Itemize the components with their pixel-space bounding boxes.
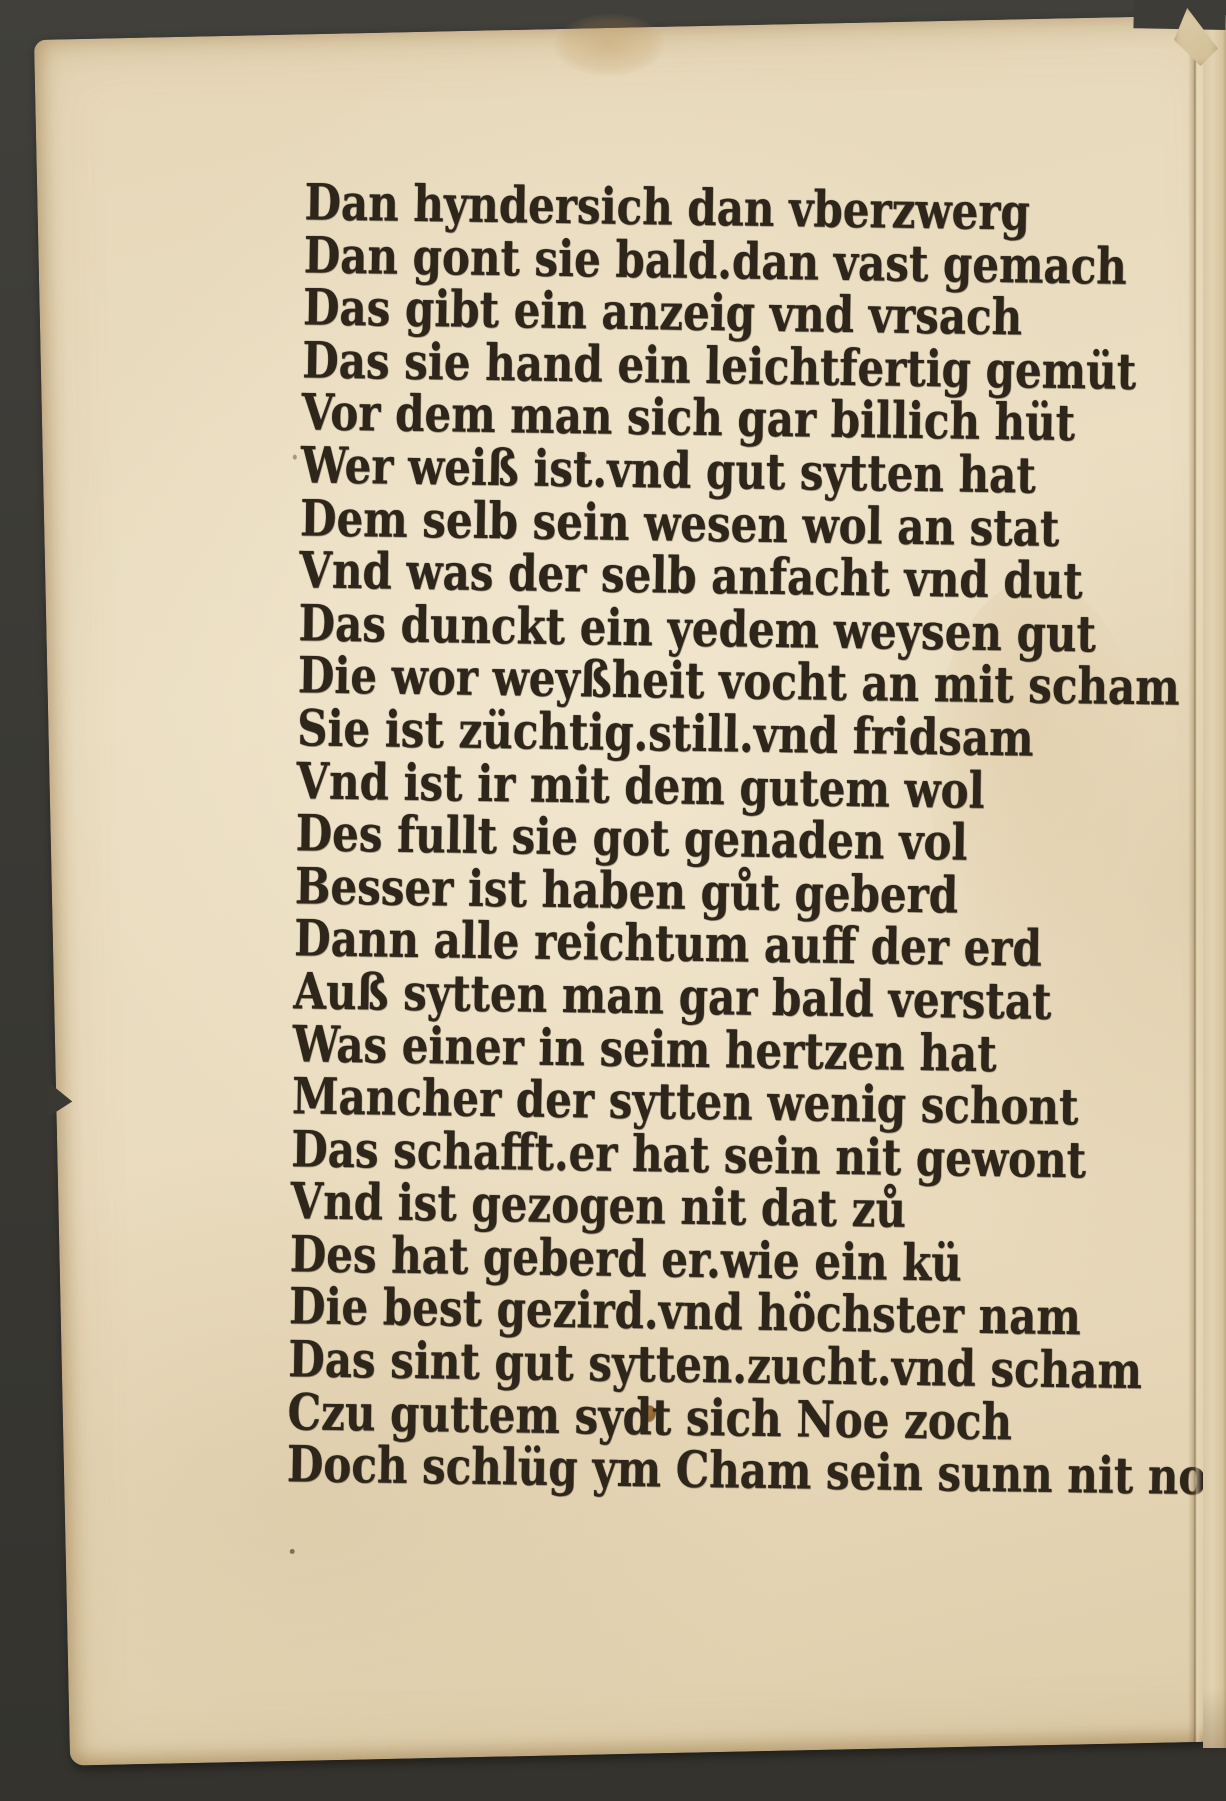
scan-canvas: { "colors": { "backing": "#3a3934", "pap… — [0, 0, 1226, 1801]
book-page: Dan hyndersich dan vberzwergDan gont sie… — [34, 15, 1226, 1766]
next-leaf-edge — [1203, 26, 1226, 1748]
fore-edge-crease — [1188, 26, 1202, 1742]
backing-top-right — [1133, 0, 1226, 30]
poem-text-block: Dan hyndersich dan vberzwergDan gont sie… — [15, 31, 1226, 1774]
poem-line: Doch schlüg ym Cham sein sunn nit noch — [287, 1438, 1067, 1501]
